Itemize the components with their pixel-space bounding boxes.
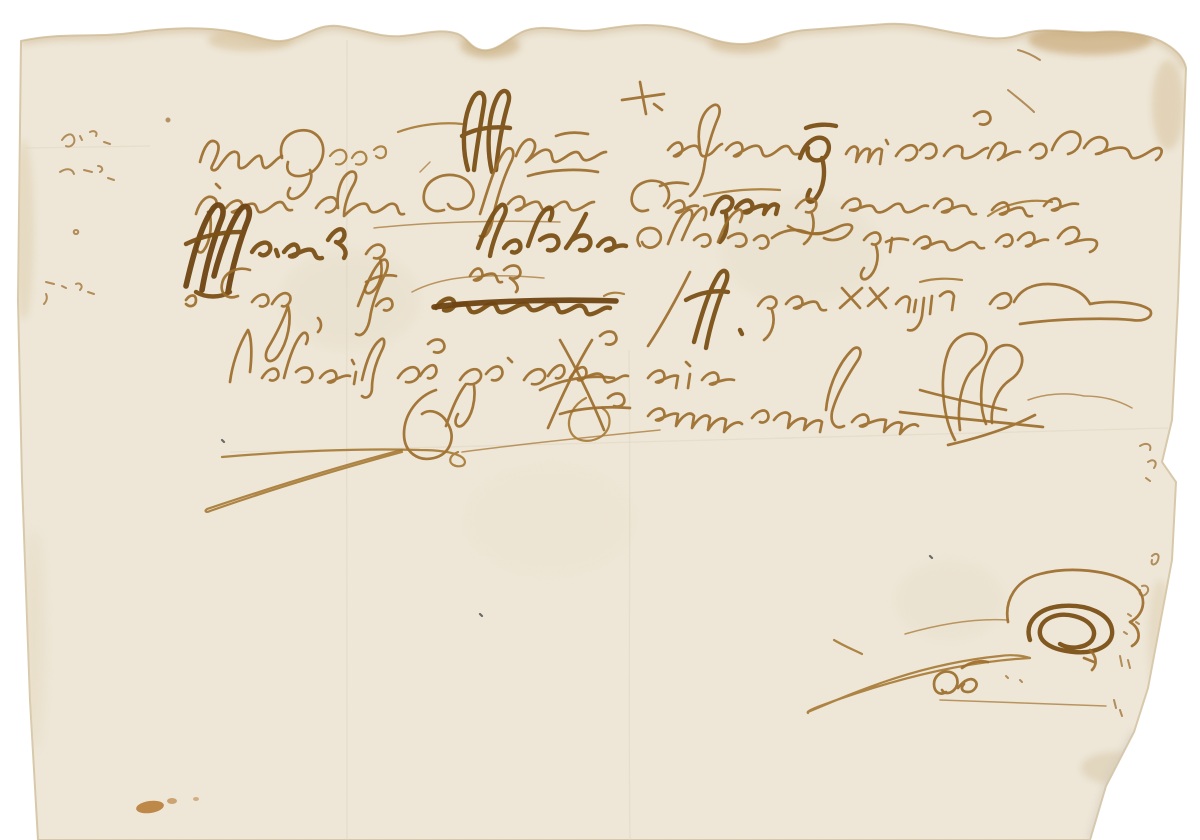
manuscript-scan: palaçios ff[ulan]os dont vmaestre q̃ mi … [0, 0, 1200, 840]
manuscript-svg [0, 0, 1200, 840]
